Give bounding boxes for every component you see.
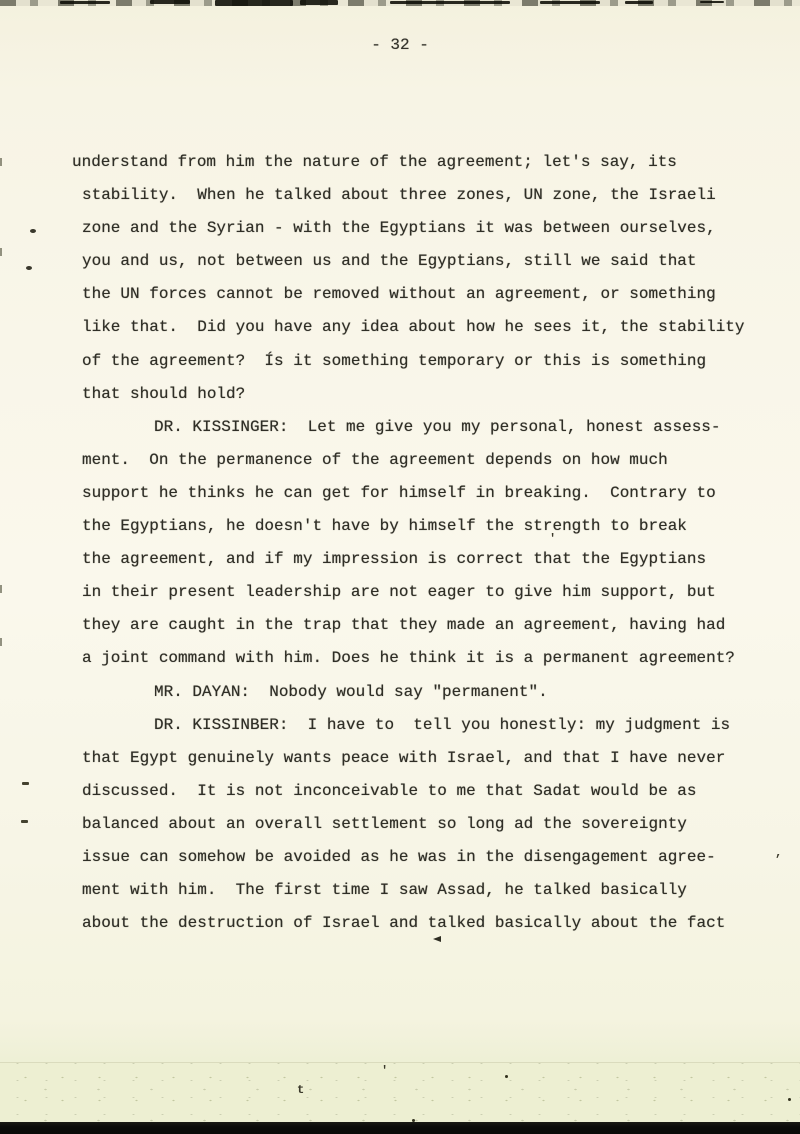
scan-artifact-tick bbox=[0, 248, 2, 256]
text-line: they are caught in the trap that they ma… bbox=[82, 609, 772, 642]
text-lines: understand from him the nature of the ag… bbox=[82, 146, 772, 940]
scan-artifact-bar bbox=[215, 0, 293, 6]
scan-artifact-wedge bbox=[433, 936, 441, 942]
scan-artifact-speck bbox=[788, 1098, 791, 1101]
text-line: that Egypt genuinely wants peace with Is… bbox=[82, 742, 772, 775]
text-line: of the agreement? Ís it something tempor… bbox=[82, 345, 772, 378]
text-line: MR. DAYAN: Nobody would say "permanent". bbox=[82, 676, 772, 709]
scan-artifact-bar bbox=[700, 1, 724, 3]
scan-artifact-dash bbox=[22, 782, 29, 785]
scan-page: - 32 - understand from him the nature of… bbox=[0, 0, 800, 1134]
text-line: DR. KISSINBER: I have to tell you honest… bbox=[82, 709, 772, 742]
text-line: a joint command with him. Does he think … bbox=[82, 642, 772, 675]
text-line: the agreement, and if my impression is c… bbox=[82, 543, 772, 576]
scan-artifact-glyph: t bbox=[297, 1085, 304, 1095]
scan-artifact-bar bbox=[60, 1, 110, 4]
text-line: balanced about an overall settlement so … bbox=[82, 808, 772, 841]
text-line: like that. Did you have any idea about h… bbox=[82, 311, 772, 344]
scan-artifact-bar bbox=[390, 1, 510, 4]
scan-artifact-bar bbox=[300, 0, 338, 5]
text-line: support he thinks he can get for himself… bbox=[82, 477, 772, 510]
text-line: discussed. It is not inconceivable to me… bbox=[82, 775, 772, 808]
scan-artifact-tick bbox=[0, 158, 2, 166]
text-line: the Egyptians, he doesn't have by himsel… bbox=[82, 510, 772, 543]
text-line: understand from him the nature of the ag… bbox=[72, 146, 772, 179]
text-line: the UN forces cannot be removed without … bbox=[82, 278, 772, 311]
scan-artifact-dot bbox=[30, 229, 36, 233]
text-line: ment. On the permanence of the agreement… bbox=[82, 444, 772, 477]
scan-artifact-bar bbox=[150, 0, 190, 4]
scan-artifact-tick bbox=[0, 638, 2, 646]
scan-artifact-speck bbox=[412, 1119, 415, 1122]
scan-artifact-dash bbox=[21, 820, 28, 823]
text-line: you and us, not between us and the Egypt… bbox=[82, 245, 772, 278]
text-line: stability. When he talked about three zo… bbox=[82, 179, 772, 212]
text-line: ment with him. The first time I saw Assa… bbox=[82, 874, 772, 907]
text-line: issue can somehow be avoided as he was i… bbox=[82, 841, 772, 874]
scan-artifact-bottom-bar bbox=[0, 1122, 800, 1134]
text-line: DR. KISSINGER: Let me give you my person… bbox=[82, 411, 772, 444]
page-number: - 32 - bbox=[0, 36, 800, 54]
text-line: zone and the Syrian - with the Egyptians… bbox=[82, 212, 772, 245]
scan-artifact-speck bbox=[505, 1075, 508, 1078]
scan-artifact-glyph: ' bbox=[381, 1066, 388, 1076]
scan-artifact-glyph: ' bbox=[549, 534, 556, 544]
scan-artifact-tick bbox=[0, 585, 2, 593]
scan-artifact-bar bbox=[625, 1, 653, 4]
scan-artifact-bottom-band bbox=[0, 1062, 800, 1123]
scan-artifact-dot bbox=[26, 266, 32, 270]
text-line: in their present leadership are not eage… bbox=[82, 576, 772, 609]
scan-artifact-glyph: , bbox=[775, 848, 782, 858]
text-line: about the destruction of Israel and talk… bbox=[82, 907, 772, 940]
scan-artifact-bar bbox=[540, 1, 600, 4]
text-line: that should hold? bbox=[82, 378, 772, 411]
